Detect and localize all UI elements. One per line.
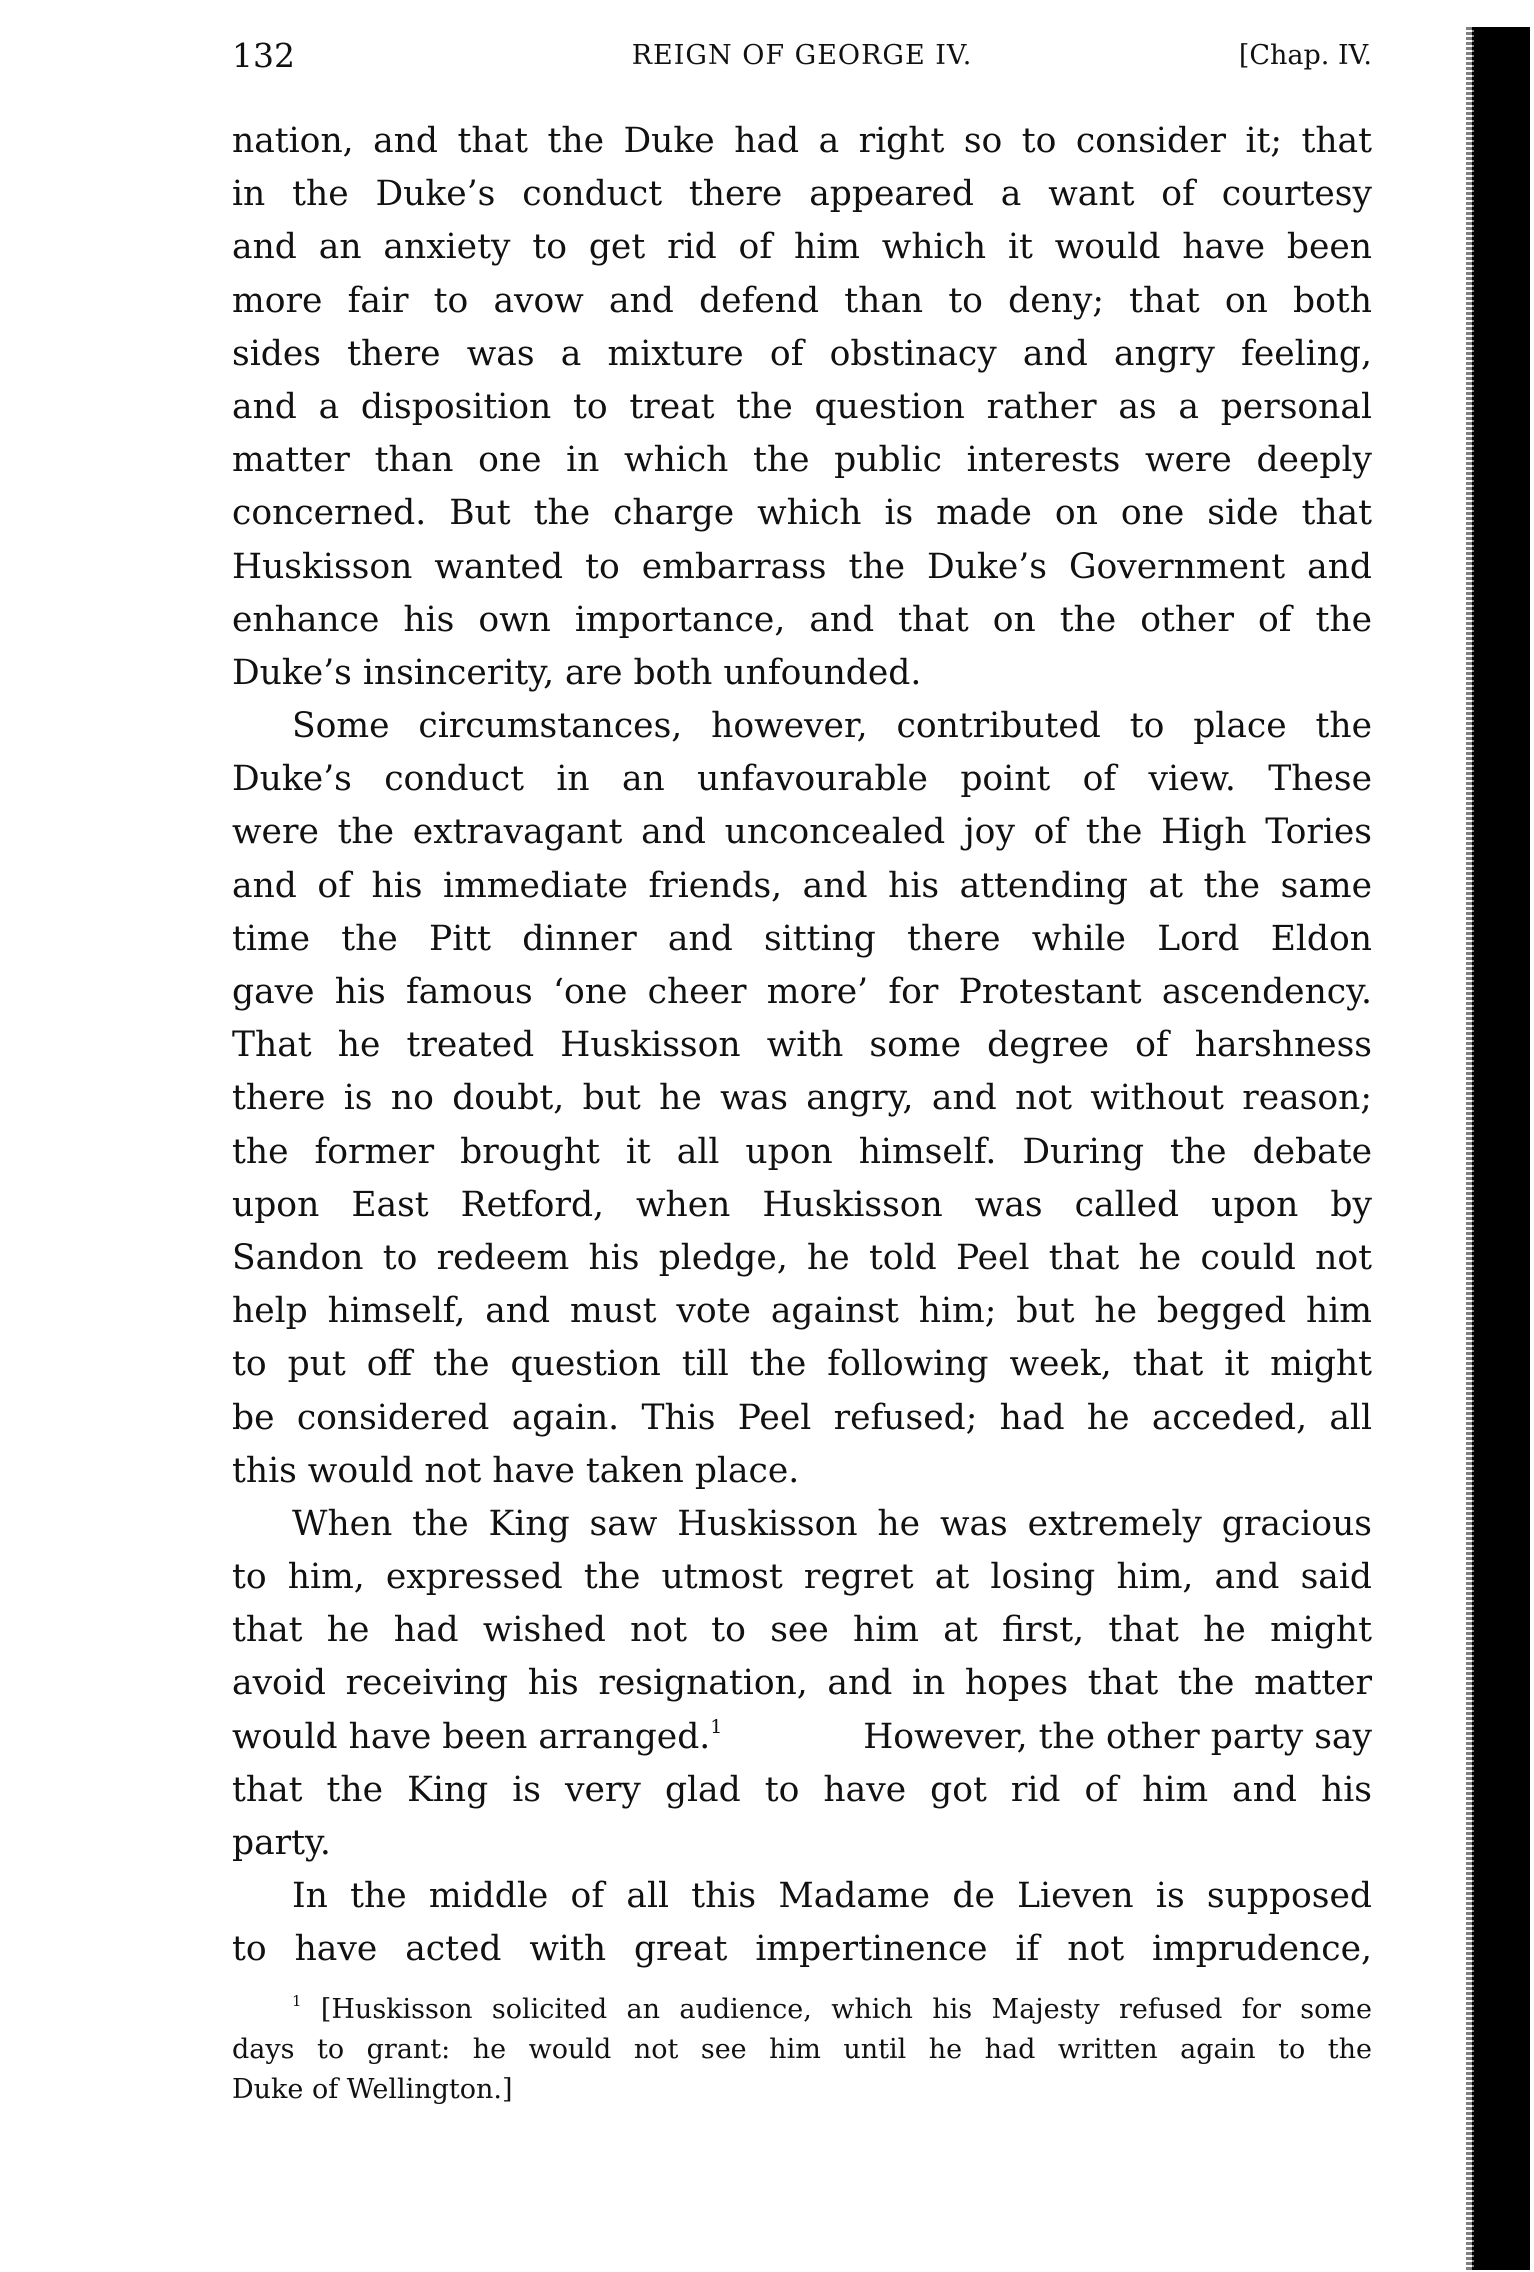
text-fragment: However, the other party say xyxy=(863,1711,1372,1764)
text-line: concerned. But the charge which is made … xyxy=(232,487,1372,540)
footnote-marker: 1 xyxy=(292,1992,301,2010)
text-line: and of his immediate friends, and his at… xyxy=(232,860,1372,913)
running-title: REIGN OF GEORGE IV. xyxy=(232,40,1372,71)
text-line: Sandon to redeem his pledge, he told Pee… xyxy=(232,1232,1372,1285)
paragraph-start-line: In the middle of all this Madame de Liev… xyxy=(232,1870,1372,1923)
footnote-line: days to grant: he would not see him unti… xyxy=(232,2030,1372,2070)
text-line: this would not have taken place. xyxy=(232,1445,1372,1498)
paragraph-start-line: When the King saw Huskisson he was extre… xyxy=(232,1498,1372,1551)
text-line: be considered again. This Peel refused; … xyxy=(232,1392,1372,1445)
text-line: the former brought it all upon himself. … xyxy=(232,1126,1372,1179)
text-line: avoid receiving his resignation, and in … xyxy=(232,1657,1372,1710)
text-line: nation, and that the Duke had a right so… xyxy=(232,115,1372,168)
text-line: That he treated Huskisson with some degr… xyxy=(232,1019,1372,1072)
text-line: time the Pitt dinner and sitting there w… xyxy=(232,913,1372,966)
text-fragment: would have been arranged.1 xyxy=(232,1711,722,1764)
footnote-line: Duke of Wellington.] xyxy=(232,2070,1372,2110)
text-line: Huskisson wanted to embarrass the Duke’s… xyxy=(232,541,1372,594)
footnotes: 1 [Huskisson solicited an audience, whic… xyxy=(232,1990,1372,2110)
text-line: that the King is very glad to have got r… xyxy=(232,1764,1372,1817)
text-line: were the extravagant and unconcealed joy… xyxy=(232,806,1372,859)
footnote-line: 1 [Huskisson solicited an audience, whic… xyxy=(232,1990,1372,2030)
text-line: Duke’s insincerity, are both unfounded. xyxy=(232,647,1372,700)
text-line: would have been arranged.1 However, the … xyxy=(232,1711,1372,1764)
text-line: matter than one in which the public inte… xyxy=(232,434,1372,487)
chapter-reference: [Chap. IV. xyxy=(1239,40,1372,71)
text-line: to him, expressed the utmost regret at l… xyxy=(232,1551,1372,1604)
body-text: nation, and that the Duke had a right so… xyxy=(232,115,1372,1977)
text-line: Duke’s conduct in an unfavourable point … xyxy=(232,753,1372,806)
footnote-reference[interactable]: 1 xyxy=(710,1715,722,1737)
page-header: 132 REIGN OF GEORGE IV. [Chap. IV. xyxy=(232,36,1372,86)
text-line: sides there was a mixture of obstinacy a… xyxy=(232,328,1372,381)
text-line: party. xyxy=(232,1817,1372,1870)
text-line: to have acted with great impertinence if… xyxy=(232,1923,1372,1976)
text-line: enhance his own importance, and that on … xyxy=(232,594,1372,647)
text-line: upon East Retford, when Huskisson was ca… xyxy=(232,1179,1372,1232)
text-line: gave his famous ‘one cheer more’ for Pro… xyxy=(232,966,1372,1019)
text-line: to put off the question till the followi… xyxy=(232,1338,1372,1391)
text-line: there is no doubt, but he was angry, and… xyxy=(232,1072,1372,1125)
text-line: more fair to avow and defend than to den… xyxy=(232,275,1372,328)
text-line: and a disposition to treat the question … xyxy=(232,381,1372,434)
book-spine-edge xyxy=(1472,27,1530,2270)
text-line: that he had wished not to see him at fir… xyxy=(232,1604,1372,1657)
text-line: and an anxiety to get rid of him which i… xyxy=(232,221,1372,274)
text-line: in the Duke’s conduct there appeared a w… xyxy=(232,168,1372,221)
paragraph-start-line: Some circumstances, however, contributed… xyxy=(232,700,1372,753)
text-line: help himself, and must vote against him;… xyxy=(232,1285,1372,1338)
